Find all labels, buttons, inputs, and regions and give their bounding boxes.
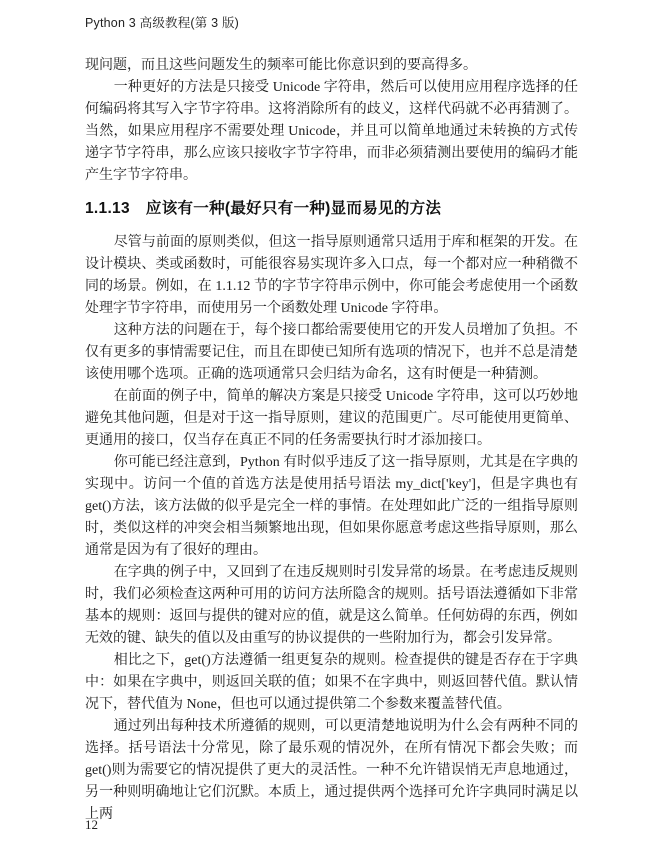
section-number: 1.1.13 bbox=[85, 198, 130, 220]
page-body: 现问题，而且这些问题发生的频率可能比你意识到的要高得多。 一种更好的方法是只接受… bbox=[85, 55, 578, 826]
section-title: 应该有一种(最好只有一种)显而易见的方法 bbox=[146, 200, 441, 217]
paragraph: 在前面的例子中，简单的解决方案是只接受 Unicode 字符串，这可以巧妙地避免… bbox=[85, 386, 578, 452]
paragraph: 通过列出每种技术所遵循的规则，可以更清楚地说明为什么会有两种不同的选择。括号语法… bbox=[85, 716, 578, 826]
book-page: Python 3 高级教程(第 3 版) 现问题，而且这些问题发生的频率可能比你… bbox=[0, 0, 661, 861]
page-number: 12 bbox=[85, 817, 98, 833]
paragraph: 尽管与前面的原则类似，但这一指导原则通常只适用于库和框架的开发。在设计模块、类或… bbox=[85, 232, 578, 320]
paragraph: 相比之下，get()方法遵循一组更复杂的规则。检查提供的键是否存在于字典中：如果… bbox=[85, 650, 578, 716]
paragraph: 这种方法的问题在于，每个接口都给需要使用它的开发人员增加了负担。不仅有更多的事情… bbox=[85, 320, 578, 386]
paragraph: 一种更好的方法是只接受 Unicode 字符串，然后可以使用应用程序选择的任何编… bbox=[85, 77, 578, 187]
paragraph: 在字典的例子中，又回到了在违反规则时引发异常的场景。在考虑违反规则时，我们必须检… bbox=[85, 562, 578, 650]
running-header: Python 3 高级教程(第 3 版) bbox=[85, 13, 239, 31]
section-heading: 1.1.13应该有一种(最好只有一种)显而易见的方法 bbox=[85, 198, 578, 220]
paragraph-continuation: 现问题，而且这些问题发生的频率可能比你意识到的要高得多。 bbox=[85, 55, 578, 77]
paragraph: 你可能已经注意到，Python 有时似乎违反了这一指导原则，尤其是在字典的实现中… bbox=[85, 452, 578, 562]
